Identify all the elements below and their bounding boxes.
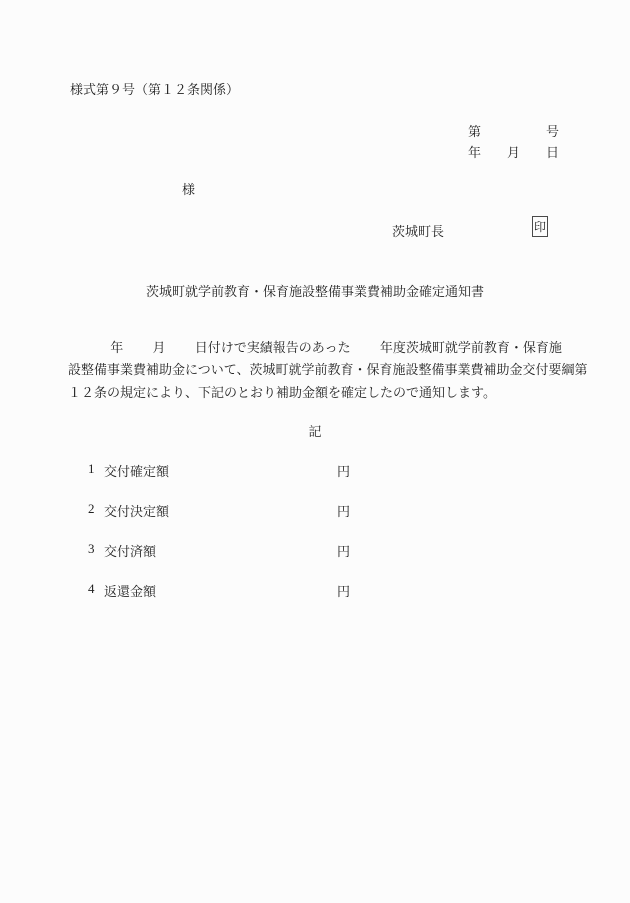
list-item: 1交付確定額円 (0, 461, 630, 477)
body-paragraph: 年 月 日付けで実績報告のあった 年度茨城町就学前教育・保育施 設整備事業費補助… (68, 337, 592, 404)
list-item: 3交付済額円 (0, 541, 630, 557)
date-line: 年 月 日 (468, 142, 559, 161)
list-item: 2交付決定額円 (0, 501, 630, 517)
item-unit: 円 (337, 581, 350, 600)
item-number: 1 (88, 461, 95, 477)
record-marker: 記 (0, 421, 630, 440)
addressee-suffix: 様 (182, 179, 195, 198)
item-label: 交付決定額 (104, 501, 169, 520)
item-unit: 円 (337, 541, 350, 560)
item-number: 3 (88, 541, 95, 557)
item-number: 2 (88, 501, 95, 517)
body-line-1: 年 月 日付けで実績報告のあった 年度茨城町就学前教育・保育施 (68, 337, 592, 359)
item-label: 返還金額 (104, 581, 156, 600)
document-page: 様式第９号（第１２条関係） 第 号 年 月 日 様 茨城町長 印 茨城町就学前教… (0, 0, 630, 903)
seal-box: 印 (532, 216, 548, 237)
form-number: 様式第９号（第１２条関係） (70, 79, 239, 98)
issuer-name: 茨城町長 (392, 221, 444, 240)
item-label: 交付確定額 (104, 461, 169, 480)
item-unit: 円 (337, 461, 350, 480)
list-item: 4返還金額円 (0, 581, 630, 597)
body-line-3: １２条の規定により、下記のとおり補助金額を確定したので通知します。 (68, 382, 592, 404)
item-label: 交付済額 (104, 541, 156, 560)
item-unit: 円 (337, 501, 350, 520)
seal-mark: 印 (534, 218, 546, 235)
doc-number-line: 第 号 (468, 121, 559, 140)
body-line-2: 設整備事業費補助金について、茨城町就学前教育・保育施設整備事業費補助金交付要綱第 (68, 359, 592, 381)
document-title: 茨城町就学前教育・保育施設整備事業費補助金確定通知書 (0, 281, 630, 300)
item-number: 4 (88, 581, 95, 597)
